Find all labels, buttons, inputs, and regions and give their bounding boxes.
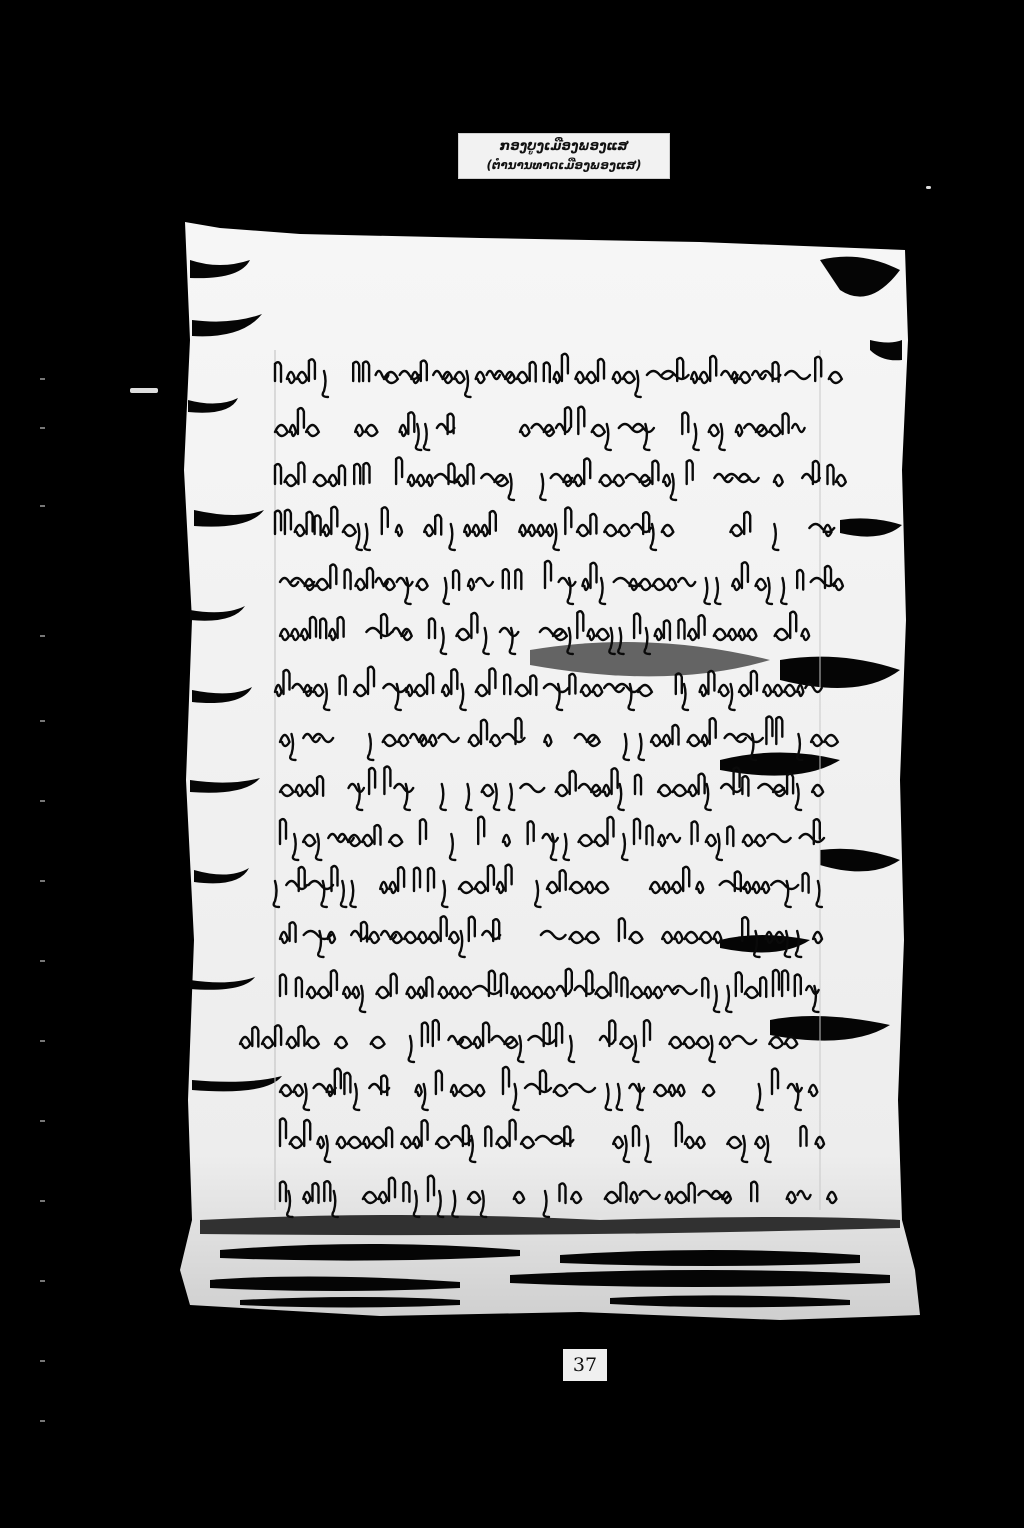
label-subtitle: (ຕຳນານທາດເມືອງພອງແສ) [486,156,641,174]
archive-label-card: ກອງບູງເມືອງພອງແສ (ຕຳນານທາດເມືອງພອງແສ) [458,133,670,179]
manuscript-page [180,220,910,1300]
page-number: 37 [563,1349,607,1381]
label-title: ກອງບູງເມືອງພອງແສ [500,138,629,156]
manuscript-svg [180,220,940,1330]
